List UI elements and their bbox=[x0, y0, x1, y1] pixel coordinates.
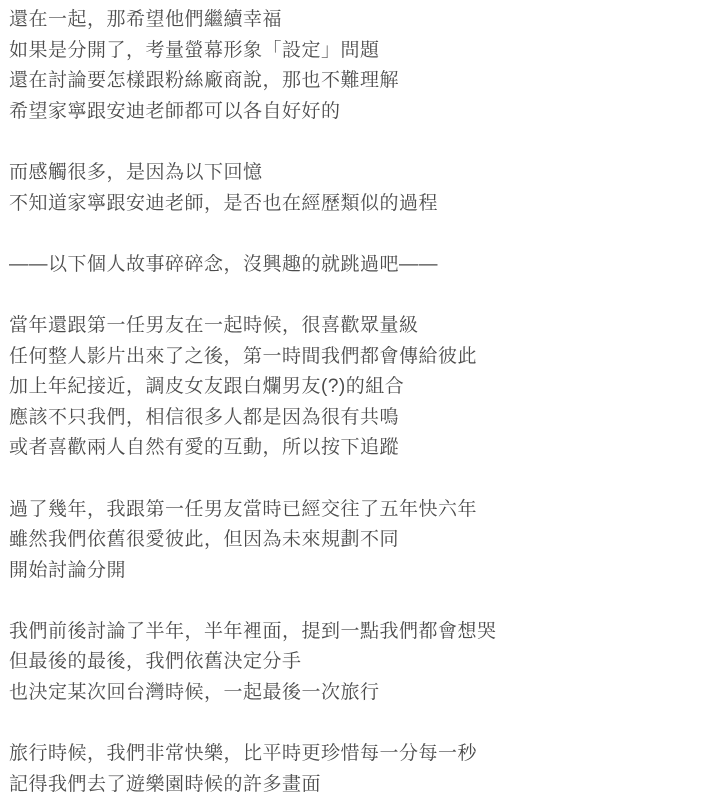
text-line: 加上年紀接近，調皮女友跟白爛男友(?)的組合 bbox=[9, 372, 711, 403]
paragraph-first-boyfriend-fan-story: 當年還跟第一任男友在一起時候，很喜歡眾量級 任何整人影片出來了之後，第一時間我們… bbox=[9, 311, 711, 464]
text-line: 任何整人影片出來了之後，第一時間我們都會傳給彼此 bbox=[9, 342, 711, 373]
text-line: 過了幾年，我跟第一任男友當時已經交往了五年快六年 bbox=[9, 495, 711, 526]
text-line: 還在討論要怎樣跟粉絲廠商說，那也不難理解 bbox=[9, 66, 711, 97]
text-line: 不知道家寧跟安迪老師，是否也在經歷類似的過程 bbox=[9, 189, 711, 220]
text-line: 還在一起，那希望他們繼續幸福 bbox=[9, 5, 711, 36]
text-line: 但最後的最後，我們依舊決定分手 bbox=[9, 647, 711, 678]
text-line: 而感觸很多，是因為以下回憶 bbox=[9, 158, 711, 189]
text-line: 應該不只我們，相信很多人都是因為很有共鳴 bbox=[9, 403, 711, 434]
paragraph-section-divider: ——以下個人故事碎碎念，沒興趣的就跳過吧—— bbox=[9, 250, 711, 281]
text-line: 雖然我們依舊很愛彼此，但因為未來規劃不同 bbox=[9, 525, 711, 556]
paragraph-breakup-decision: 我們前後討論了半年，半年裡面，提到一點我們都會想哭 但最後的最後，我們依舊決定分… bbox=[9, 617, 711, 709]
text-line: 希望家寧跟安迪老師都可以各自好好的 bbox=[9, 97, 711, 128]
post-body: 還在一起，那希望他們繼續幸福 如果是分開了，考量螢幕形象「設定」問題 還在討論要… bbox=[0, 0, 721, 800]
paragraph-memories-intro: 而感觸很多，是因為以下回憶 不知道家寧跟安迪老師，是否也在經歷類似的過程 bbox=[9, 158, 711, 219]
text-line: 旅行時候，我們非常快樂，比平時更珍惜每一分每一秒 bbox=[9, 739, 711, 770]
text-line: 如果是分開了，考量螢幕形象「設定」問題 bbox=[9, 36, 711, 67]
text-line: 開始討論分開 bbox=[9, 556, 711, 587]
text-line: 記得我們去了遊樂園時候的許多畫面 bbox=[9, 770, 711, 801]
paragraph-last-trip: 旅行時候，我們非常快樂，比平時更珍惜每一分每一秒 記得我們去了遊樂園時候的許多畫… bbox=[9, 739, 711, 800]
paragraph-years-later: 過了幾年，我跟第一任男友當時已經交往了五年快六年 雖然我們依舊很愛彼此，但因為未… bbox=[9, 495, 711, 587]
text-line: 我們前後討論了半年，半年裡面，提到一點我們都會想哭 bbox=[9, 617, 711, 648]
text-line: 或者喜歡兩人自然有愛的互動，所以按下追蹤 bbox=[9, 433, 711, 464]
section-divider-line: ——以下個人故事碎碎念，沒興趣的就跳過吧—— bbox=[9, 250, 711, 281]
text-line: 也決定某次回台灣時候，一起最後一次旅行 bbox=[9, 678, 711, 709]
paragraph-wish-them-well: 還在一起，那希望他們繼續幸福 如果是分開了，考量螢幕形象「設定」問題 還在討論要… bbox=[9, 5, 711, 127]
text-line: 當年還跟第一任男友在一起時候，很喜歡眾量級 bbox=[9, 311, 711, 342]
